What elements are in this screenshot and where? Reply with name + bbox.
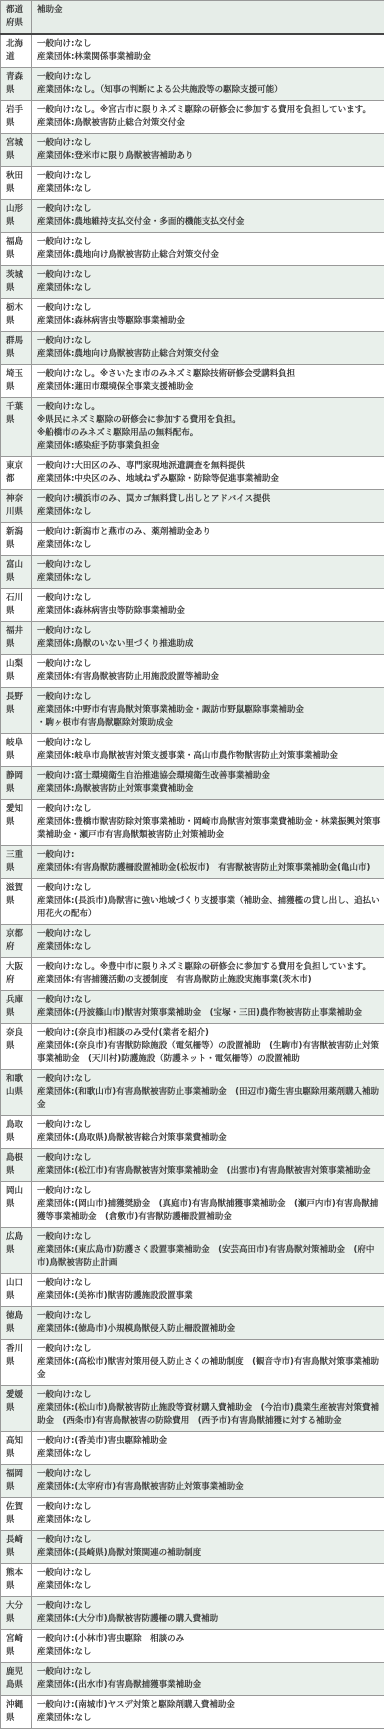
table-row: 岐阜県一般向け:なし産業団体:岐阜市鳥獣被害対策支援事業・高山市農作物獣害防止対… — [1, 734, 384, 767]
prefecture-cell: 静岡県 — [1, 767, 32, 800]
subsidy-cell: 一般向け:なし産業団体:有害鳥獣被害防止用施設設置等補助金 — [32, 655, 384, 688]
subsidy-line: 一般向け:なし — [37, 170, 381, 183]
subsidy-line: 産業団体:岐阜市鳥獣被害対策支援事業・高山市農作物獣害防止対策事業補助金 — [37, 750, 381, 763]
subsidy-line: 産業団体:農地向け鳥獣被害防止総合対策交付金 — [37, 348, 381, 361]
subsidy-cell: 一般向け:なし産業団体:(徳島市)小規模鳥獣侵入防止柵設置補助金 — [32, 1307, 384, 1340]
subsidy-line: 一般向け:なし — [37, 203, 381, 216]
subsidy-line: 一般向け:なし — [37, 1567, 381, 1580]
prefecture-cell: 栃木県 — [1, 299, 32, 332]
table-row: 山梨県一般向け:なし産業団体:有害鳥獣被害防止用施設設置等補助金 — [1, 655, 384, 688]
table-row: 大分県一般向け:なし産業団体:(大分市)鳥獣被害防護柵の購入費補助 — [1, 1597, 384, 1630]
table-row: 広島県一般向け:なし産業団体:(東広島市)防護さく設置事業補助金 (安芸高田市)… — [1, 1228, 384, 1274]
subsidy-cell: 一般向け:なし産業団体:(和歌山市)有害鳥獣被害防止事業補助金 (田辺市)衛生害… — [32, 1070, 384, 1116]
table-row: 石川県一般向け:なし産業団体:森林病害虫等防除事業補助金 — [1, 589, 384, 622]
table-row: 鹿児島県一般向け:なし産業団体:(出水市)有害鳥獣捕獲事業補助金 — [1, 1663, 384, 1696]
subsidy-line: 一般向け:なし — [37, 1073, 381, 1086]
subsidy-line: 産業団体:鳥獣被害防止対策事業費補助金 — [37, 783, 381, 796]
table-row: 青森県一般向け:なし産業団体:なし。（知事の判断による公共施設等の駆除支援可能） — [1, 68, 384, 101]
prefecture-cell: 長野県 — [1, 688, 32, 734]
subsidy-line: 産業団体:林業関係事業補助金 — [37, 51, 381, 64]
table-row: 長崎県一般向け:なし産業団体:(長崎県)鳥獣対策関連の補助制度 — [1, 1531, 384, 1564]
subsidy-cell: 一般向け:なし産業団体:(長浜市)鳥獣害に強い地域づくり支援事業（補助金、捕獲檻… — [32, 879, 384, 925]
subsidy-line: 一般向け:なし — [37, 1310, 381, 1323]
table-row: 三重県一般向け:産業団体:有害鳥獣防護柵設置補助金(松坂市) 有害獣被害防止対策… — [1, 846, 384, 879]
subsidy-line: 産業団体:豊橋市獣害防除対策事業補助・岡崎市鳥獣害対策事業費補助金・林業振興対策… — [37, 816, 381, 842]
subsidy-line: 産業団体:なし — [37, 539, 381, 552]
subsidy-line: 産業団体:(奈良市)有害獣防除施設（電気柵等）の設置補助 (生駒市)有害獣被害防… — [37, 1040, 381, 1066]
subsidy-line: 産業団体:(丹波篠山市)獣害対策事業補助金 (宝塚・三田)農作物被害防止事業補助… — [37, 1007, 381, 1020]
subsidy-line: 一般向け:なし — [37, 882, 381, 895]
subsidy-cell: 一般向け:なし産業団体:森林病害虫等防除事業補助金 — [32, 589, 384, 622]
subsidy-line: 産業団体:なし — [37, 506, 381, 519]
prefecture-cell: 山形県 — [1, 200, 32, 233]
subsidy-cell: 一般向け:なし産業団体:鳥獣のいない里づくり推進助成 — [32, 622, 384, 655]
table-row: 和歌山県一般向け:なし産業団体:(和歌山市)有害鳥獣被害防止事業補助金 (田辺市… — [1, 1070, 384, 1116]
subsidy-cell: 一般向け:なし産業団体:なし — [32, 167, 384, 200]
subsidy-cell: 一般向け:なし産業団体:なし — [32, 556, 384, 589]
prefecture-cell: 愛知県 — [1, 800, 32, 846]
subsidy-line: 産業団体:有害鳥獣防護柵設置補助金(松坂市) 有害獣被害防止対策事業補助金(亀山… — [37, 862, 381, 875]
subsidy-cell: 一般向け:なし産業団体:林業関係事業補助金 — [32, 34, 384, 68]
prefecture-cell: 大分県 — [1, 1597, 32, 1630]
subsidy-line: 一般向け:なし — [37, 658, 381, 671]
subsidy-line: 産業団体:登米市に限り鳥獣被害補助あり — [37, 150, 381, 163]
subsidy-cell: 一般向け:横浜市のみ、罠カゴ無料貸し出しとアドバイス提供産業団体:なし — [32, 490, 384, 523]
subsidy-line: 産業団体:中野市有害鳥獣対策事業補助金・諏訪市野鼠駆除事業補助金 — [37, 704, 381, 717]
prefecture-cell: 埼玉県 — [1, 365, 32, 398]
table-row: 福岡県一般向け:なし産業団体:(太宰府市)有害鳥獣被害防止対策事業補助金 — [1, 1465, 384, 1498]
subsidy-line: 一般向け:なし — [37, 928, 381, 941]
table-row: 鳥取県一般向け:なし産業団体:(鳥取県)鳥獣被害総合対策事業費補助金 — [1, 1116, 384, 1149]
subsidy-cell: 一般向け:なし産業団体:登米市に限り鳥獣被害補助あり — [32, 134, 384, 167]
prefecture-cell: 神奈川県 — [1, 490, 32, 523]
subsidy-line: ・駒ヶ根市有害鳥獣駆除対策助成金 — [37, 717, 381, 730]
subsidy-cell: 一般向け:なし産業団体:なし — [32, 1498, 384, 1531]
subsidy-cell: 一般向け:なし産業団体:(松山市)鳥獣被害防止施設等資材購入費補助金 (今治市)… — [32, 1386, 384, 1432]
subsidy-line: 一般向け:なし — [37, 1389, 381, 1402]
prefecture-cell: 岡山県 — [1, 1182, 32, 1228]
subsidy-cell: 一般向け:なし産業団体:農地維持支払交付金・多面的機能支払交付金 — [32, 200, 384, 233]
table-row: 愛知県一般向け:なし産業団体:豊橋市獣害防除対策事業補助・岡崎市鳥獣害対策事業費… — [1, 800, 384, 846]
prefecture-cell: 沖縄県 — [1, 1696, 32, 1729]
subsidy-line: 一般向け:(小林市)害虫駆除 相談のみ — [37, 1633, 381, 1646]
subsidy-line: 一般向け:(香美市)害虫駆除補助金 — [37, 1435, 381, 1448]
prefecture-cell: 青森県 — [1, 68, 32, 101]
prefecture-cell: 京都府 — [1, 925, 32, 958]
subsidy-cell: 一般向け:なし産業団体:(丹波篠山市)獣害対策事業補助金 (宝塚・三田)農作物被… — [32, 991, 384, 1024]
subsidy-line: 産業団体:有害鳥獣被害防止用施設設置等補助金 — [37, 671, 381, 684]
subsidy-cell: 一般向け:なし。※宮古市に限りネズミ駆除の研修会に参加する費用を負担しています。… — [32, 101, 384, 134]
subsidy-line: 一般向け:なし — [37, 1501, 381, 1514]
subsidy-cell: 一般向け:なし産業団体:(東広島市)防護さく設置事業補助金 (安芸高田市)有害鳥… — [32, 1228, 384, 1274]
subsidy-line: 産業団体:農地維持支払交付金・多面的機能支払交付金 — [37, 216, 381, 229]
subsidy-line: 一般向け:なし — [37, 559, 381, 572]
table-body: 北海道一般向け:なし産業団体:林業関係事業補助金青森県一般向け:なし産業団体:な… — [1, 34, 384, 1729]
subsidy-line: 産業団体:なし — [37, 1448, 381, 1461]
table-row: 千葉県一般向け:なし。※県民にネズミ駆除の研修会に参加する費用を負担。※船橋市の… — [1, 398, 384, 457]
header-subsidy: 補助金 — [32, 1, 384, 35]
subsidy-cell: 一般向け:なし産業団体:(松江市)有害鳥獣被害対策事業補助金 (出雲市)有害鳥獣… — [32, 1149, 384, 1182]
prefecture-cell: 新潟県 — [1, 523, 32, 556]
subsidy-cell: 一般向け:(香美市)害虫駆除補助金産業団体:なし — [32, 1432, 384, 1465]
subsidy-line: 産業団体:なし — [37, 1712, 381, 1725]
table-row: 愛媛県一般向け:なし産業団体:(松山市)鳥獣被害防止施設等資材購入費補助金 (今… — [1, 1386, 384, 1432]
subsidy-cell: 一般向け:なし産業団体:なし。（知事の判断による公共施設等の駆除支援可能） — [32, 68, 384, 101]
subsidy-cell: 一般向け:なし産業団体:(出水市)有害鳥獣捕獲事業補助金 — [32, 1663, 384, 1696]
table-row: 長野県一般向け:なし産業団体:中野市有害鳥獣対策事業補助金・諏訪市野鼠駆除事業補… — [1, 688, 384, 734]
table-row: 埼玉県一般向け:なし。※さいたま市のみネズミ駆除技術研修会受講料負担産業団体:蓮… — [1, 365, 384, 398]
subsidy-cell: 一般向け:なし。※豊中市に限りネズミ駆除の研修会に参加する費用を負担しています。… — [32, 958, 384, 991]
subsidy-cell: 一般向け:なし産業団体:農地向け鳥獣被害防止総合対策交付金 — [32, 332, 384, 365]
subsidy-cell: 一般向け:なし産業団体:(高松市)獣害対策用侵入防止さくの補助制度 (観音寺市)… — [32, 1340, 384, 1386]
prefecture-cell: 兵庫県 — [1, 991, 32, 1024]
subsidy-cell: 一般向け:なし産業団体:なし — [32, 1564, 384, 1597]
subsidy-line: 産業団体:なし — [37, 941, 381, 954]
subsidy-line: 産業団体:(太宰府市)有害鳥獣被害防止対策事業補助金 — [37, 1481, 381, 1494]
subsidy-cell: 一般向け:なし産業団体:岐阜市鳥獣被害対策支援事業・高山市農作物獣害防止対策事業… — [32, 734, 384, 767]
subsidy-cell: 一般向け:なし産業団体:(岡山市)捕獲奨励金 (真庭市)有害鳥獣捕獲事業補助金 … — [32, 1182, 384, 1228]
prefecture-cell: 茨城県 — [1, 266, 32, 299]
prefecture-cell: 東京都 — [1, 457, 32, 490]
subsidy-line: 産業団体:(高松市)獣害対策用侵入防止さくの補助制度 (観音寺市)有害鳥獣対策事… — [37, 1356, 381, 1382]
subsidy-line: ※県民にネズミ駆除の研修会に参加する費用を負担。 — [37, 414, 381, 427]
subsidy-line: 産業団体:(東広島市)防護さく設置事業補助金 (安芸高田市)有害鳥獣対策補助金 … — [37, 1244, 381, 1270]
subsidy-line: 産業団体:蓮田市環境保全事業支援補助金 — [37, 381, 381, 394]
subsidy-line: 一般向け:なし — [37, 1343, 381, 1356]
subsidy-line: 産業団体:(長崎県)鳥獣対策関連の補助制度 — [37, 1547, 381, 1560]
subsidy-line: 産業団体:(大分市)鳥獣被害防護柵の購入費補助 — [37, 1613, 381, 1626]
prefecture-cell: 滋賀県 — [1, 879, 32, 925]
prefecture-cell: 福岡県 — [1, 1465, 32, 1498]
subsidy-line: 一般向け:なし — [37, 1152, 381, 1165]
prefecture-cell: 和歌山県 — [1, 1070, 32, 1116]
prefecture-cell: 福島県 — [1, 233, 32, 266]
table-row: 島根県一般向け:なし産業団体:(松江市)有害鳥獣被害対策事業補助金 (出雲市)有… — [1, 1149, 384, 1182]
table-row: 宮城県一般向け:なし産業団体:登米市に限り鳥獣被害補助あり — [1, 134, 384, 167]
subsidy-line: 産業団体:森林病害虫等駆除事業補助金 — [37, 315, 381, 328]
prefecture-cell: 大阪府 — [1, 958, 32, 991]
table-row: 高知県一般向け:(香美市)害虫駆除補助金産業団体:なし — [1, 1432, 384, 1465]
subsidy-line: 一般向け:なし — [37, 592, 381, 605]
table-row: 富山県一般向け:なし産業団体:なし — [1, 556, 384, 589]
subsidy-line: 産業団体:(鳥取県)鳥獣被害総合対策事業費補助金 — [37, 1132, 381, 1145]
table-row: 福島県一般向け:なし産業団体:農地向け鳥獣被害防止総合対策交付金 — [1, 233, 384, 266]
table-row: 熊本県一般向け:なし産業団体:なし — [1, 1564, 384, 1597]
subsidy-line: 産業団体:(松山市)鳥獣被害防止施設等資材購入費補助金 (今治市)農業生産被害対… — [37, 1402, 381, 1428]
subsidy-cell: 一般向け:なし産業団体:(長崎県)鳥獣対策関連の補助制度 — [32, 1531, 384, 1564]
prefecture-cell: 群馬県 — [1, 332, 32, 365]
subsidy-cell: 一般向け:(奈良市)相談のみ受付(業者を紹介)産業団体:(奈良市)有害獣防除施設… — [32, 1024, 384, 1070]
subsidy-line: 一般向け:なし。※宮古市に限りネズミ駆除の研修会に参加する費用を負担しています。 — [37, 104, 381, 117]
table-row: 群馬県一般向け:なし産業団体:農地向け鳥獣被害防止総合対策交付金 — [1, 332, 384, 365]
subsidy-line: 産業団体:中央区のみ、地域ねずみ駆除・防除等促進事業補助金 — [37, 473, 381, 486]
subsidy-line: 産業団体:なし — [37, 183, 381, 196]
prefecture-cell: 佐賀県 — [1, 1498, 32, 1531]
subsidy-cell: 一般向け:なし産業団体:(太宰府市)有害鳥獣被害防止対策事業補助金 — [32, 1465, 384, 1498]
subsidy-line: 一般向け:なし — [37, 994, 381, 1007]
prefecture-cell: 奈良県 — [1, 1024, 32, 1070]
subsidy-line: 一般向け:なし — [37, 737, 381, 750]
subsidy-cell: 一般向け:なし産業団体:なし — [32, 925, 384, 958]
table-row: 奈良県一般向け:(奈良市)相談のみ受付(業者を紹介)産業団体:(奈良市)有害獣防… — [1, 1024, 384, 1070]
table-row: 栃木県一般向け:なし産業団体:森林病害虫等駆除事業補助金 — [1, 299, 384, 332]
subsidy-line: 一般向け:なし — [37, 625, 381, 638]
subsidy-line: 一般向け:なし — [37, 335, 381, 348]
table-row: 岩手県一般向け:なし。※宮古市に限りネズミ駆除の研修会に参加する費用を負担してい… — [1, 101, 384, 134]
subsidy-cell: 一般向け:新潟市と燕市のみ、薬剤補助金あり産業団体:なし — [32, 523, 384, 556]
subsidy-cell: 一般向け:なし産業団体:豊橋市獣害防除対策事業補助・岡崎市鳥獣害対策事業費補助金… — [32, 800, 384, 846]
table-row: 山形県一般向け:なし産業団体:農地維持支払交付金・多面的機能支払交付金 — [1, 200, 384, 233]
subsidy-line: 一般向け:なし — [37, 236, 381, 249]
subsidy-cell: 一般向け:なし産業団体:森林病害虫等駆除事業補助金 — [32, 299, 384, 332]
subsidy-line: 一般向け:(南城市)ヤスデ対策と駆除剤購入費補助金 — [37, 1699, 381, 1712]
prefecture-cell: 徳島県 — [1, 1307, 32, 1340]
prefecture-cell: 高知県 — [1, 1432, 32, 1465]
subsidy-line: 一般向け:なし — [37, 1600, 381, 1613]
subsidy-cell: 一般向け:なし。※さいたま市のみネズミ駆除技術研修会受講料負担産業団体:蓮田市環… — [32, 365, 384, 398]
subsidy-line: 産業団体:なし — [37, 282, 381, 295]
prefecture-cell: 鳥取県 — [1, 1116, 32, 1149]
table-row: 岡山県一般向け:なし産業団体:(岡山市)捕獲奨励金 (真庭市)有害鳥獣捕獲事業補… — [1, 1182, 384, 1228]
subsidy-line: 産業団体:鳥獣のいない里づくり推進助成 — [37, 638, 381, 651]
subsidy-line: 一般向け:なし — [37, 1231, 381, 1244]
subsidy-line: 一般向け:なし — [37, 137, 381, 150]
table-row: 秋田県一般向け:なし産業団体:なし — [1, 167, 384, 200]
subsidy-line: 産業団体:なし — [37, 1514, 381, 1527]
table-row: 北海道一般向け:なし産業団体:林業関係事業補助金 — [1, 34, 384, 68]
table-row: 新潟県一般向け:新潟市と燕市のみ、薬剤補助金あり産業団体:なし — [1, 523, 384, 556]
header-prefecture: 都道府県 — [1, 1, 32, 35]
prefecture-cell: 広島県 — [1, 1228, 32, 1274]
subsidy-cell: 一般向け:大田区のみ、専門家現地派遣調査を無料提供産業団体:中央区のみ、地域ねず… — [32, 457, 384, 490]
table-row: 滋賀県一般向け:なし産業団体:(長浜市)鳥獣害に強い地域づくり支援事業（補助金、… — [1, 879, 384, 925]
subsidy-line: 一般向け:なし — [37, 1534, 381, 1547]
prefecture-cell: 熊本県 — [1, 1564, 32, 1597]
prefecture-cell: 香川県 — [1, 1340, 32, 1386]
prefecture-cell: 北海道 — [1, 34, 32, 68]
subsidy-cell: 一般向け:なし産業団体:(美祢市)獣害防護施設設置事業 — [32, 1274, 384, 1307]
prefecture-cell: 富山県 — [1, 556, 32, 589]
prefecture-cell: 島根県 — [1, 1149, 32, 1182]
subsidy-cell: 一般向け:産業団体:有害鳥獣防護柵設置補助金(松坂市) 有害獣被害防止対策事業補… — [32, 846, 384, 879]
header-row: 都道府県 補助金 — [1, 1, 384, 35]
prefecture-cell: 千葉県 — [1, 398, 32, 457]
subsidy-line: 産業団体:(松江市)有害鳥獣被害対策事業補助金 (出雲市)有害鳥獣被害対策事業補… — [37, 1165, 381, 1178]
table-row: 神奈川県一般向け:横浜市のみ、罠カゴ無料貸し出しとアドバイス提供産業団体:なし — [1, 490, 384, 523]
subsidy-line: 一般向け:なし — [37, 38, 381, 51]
subsidy-line: 一般向け:大田区のみ、専門家現地派遣調査を無料提供 — [37, 460, 381, 473]
subsidy-line: 産業団体:なし — [37, 572, 381, 585]
subsidy-line: 産業団体:(徳島市)小規模鳥獣侵入防止柵設置補助金 — [37, 1323, 381, 1336]
subsidy-line: 一般向け:なし — [37, 269, 381, 282]
table-row: 大阪府一般向け:なし。※豊中市に限りネズミ駆除の研修会に参加する費用を負担してい… — [1, 958, 384, 991]
subsidy-line: 一般向け:新潟市と燕市のみ、薬剤補助金あり — [37, 526, 381, 539]
table-row: 兵庫県一般向け:なし産業団体:(丹波篠山市)獣害対策事業補助金 (宝塚・三田)農… — [1, 991, 384, 1024]
subsidy-cell: 一般向け:(小林市)害虫駆除 相談のみ産業団体:なし — [32, 1630, 384, 1663]
prefecture-cell: 三重県 — [1, 846, 32, 879]
prefecture-cell: 山口県 — [1, 1274, 32, 1307]
subsidy-line: 産業団体:なし。（知事の判断による公共施設等の駆除支援可能） — [37, 84, 381, 97]
subsidy-table: 都道府県 補助金 北海道一般向け:なし産業団体:林業関係事業補助金青森県一般向け… — [0, 0, 384, 1729]
subsidy-line: 産業団体:鳥獣被害防止総合対策交付金 — [37, 117, 381, 130]
subsidy-line: 一般向け:なし — [37, 1119, 381, 1132]
subsidy-line: 産業団体:なし — [37, 1646, 381, 1659]
subsidy-cell: 一般向け:なし産業団体:なし — [32, 266, 384, 299]
prefecture-cell: 秋田県 — [1, 167, 32, 200]
table-row: 沖縄県一般向け:(南城市)ヤスデ対策と駆除剤購入費補助金産業団体:なし — [1, 1696, 384, 1729]
prefecture-cell: 長崎県 — [1, 1531, 32, 1564]
subsidy-line: 一般向け:なし — [37, 803, 381, 816]
subsidy-cell: 一般向け:なし産業団体:農地向け鳥獣被害防止総合対策交付金 — [32, 233, 384, 266]
subsidy-line: 一般向け:なし — [37, 1666, 381, 1679]
table-row: 福井県一般向け:なし産業団体:鳥獣のいない里づくり推進助成 — [1, 622, 384, 655]
subsidy-line: 一般向け:なし — [37, 1185, 381, 1198]
subsidy-line: 産業団体:(美祢市)獣害防護施設設置事業 — [37, 1290, 381, 1303]
subsidy-line: 産業団体:(出水市)有害鳥獣捕獲事業補助金 — [37, 1679, 381, 1692]
prefecture-cell: 鹿児島県 — [1, 1663, 32, 1696]
table-row: 山口県一般向け:なし産業団体:(美祢市)獣害防護施設設置事業 — [1, 1274, 384, 1307]
subsidy-line: 産業団体:なし — [37, 1580, 381, 1593]
subsidy-line: 産業団体:(和歌山市)有害鳥獣被害防止事業補助金 (田辺市)衛生害虫駆除用薬剤購… — [37, 1086, 381, 1112]
subsidy-line: ※船橋市のみネズミ駆除用品の無料配布。 — [37, 427, 381, 440]
prefecture-cell: 宮崎県 — [1, 1630, 32, 1663]
table-row: 東京都一般向け:大田区のみ、専門家現地派遣調査を無料提供産業団体:中央区のみ、地… — [1, 457, 384, 490]
subsidy-line: 産業団体:農地向け鳥獣被害防止総合対策交付金 — [37, 249, 381, 262]
table-row: 京都府一般向け:なし産業団体:なし — [1, 925, 384, 958]
subsidy-line: 一般向け:なし — [37, 302, 381, 315]
subsidy-line: 一般向け:(奈良市)相談のみ受付(業者を紹介) — [37, 1027, 381, 1040]
subsidy-line: 一般向け: — [37, 849, 381, 862]
subsidy-cell: 一般向け:なし産業団体:中野市有害鳥獣対策事業補助金・諏訪市野鼠駆除事業補助金・… — [32, 688, 384, 734]
prefecture-cell: 愛媛県 — [1, 1386, 32, 1432]
subsidy-line: 一般向け:なし — [37, 71, 381, 84]
subsidy-line: 産業団体:森林病害虫等防除事業補助金 — [37, 605, 381, 618]
subsidy-line: 一般向け:横浜市のみ、罠カゴ無料貸し出しとアドバイス提供 — [37, 493, 381, 506]
subsidy-line: 一般向け:なし — [37, 691, 381, 704]
table-row: 徳島県一般向け:なし産業団体:(徳島市)小規模鳥獣侵入防止柵設置補助金 — [1, 1307, 384, 1340]
prefecture-cell: 山梨県 — [1, 655, 32, 688]
table-row: 静岡県一般向け:富士環境衛生自治推進協会環境衛生改善事業補助金産業団体:鳥獣被害… — [1, 767, 384, 800]
subsidy-line: 一般向け:富士環境衛生自治推進協会環境衛生改善事業補助金 — [37, 770, 381, 783]
prefecture-cell: 宮城県 — [1, 134, 32, 167]
prefecture-cell: 岩手県 — [1, 101, 32, 134]
subsidy-cell: 一般向け:富士環境衛生自治推進協会環境衛生改善事業補助金産業団体:鳥獣被害防止対… — [32, 767, 384, 800]
subsidy-line: 産業団体:有害捕獲活動の支援制度 有害鳥獣防止施設実施事業(茨木市) — [37, 974, 381, 987]
table-row: 佐賀県一般向け:なし産業団体:なし — [1, 1498, 384, 1531]
subsidy-line: 産業団体:感染症予防事業負担金 — [37, 440, 381, 453]
table-row: 宮崎県一般向け:(小林市)害虫駆除 相談のみ産業団体:なし — [1, 1630, 384, 1663]
subsidy-line: 一般向け:なし。※豊中市に限りネズミ駆除の研修会に参加する費用を負担しています。 — [37, 961, 381, 974]
table-header: 都道府県 補助金 — [1, 1, 384, 35]
subsidy-line: 産業団体:(長浜市)鳥獣害に強い地域づくり支援事業（補助金、捕獲檻の貸し出し、追… — [37, 895, 381, 921]
prefecture-cell: 福井県 — [1, 622, 32, 655]
prefecture-cell: 岐阜県 — [1, 734, 32, 767]
subsidy-cell: 一般向け:なし産業団体:(大分市)鳥獣被害防護柵の購入費補助 — [32, 1597, 384, 1630]
subsidy-line: 一般向け:なし。 — [37, 401, 381, 414]
prefecture-cell: 石川県 — [1, 589, 32, 622]
subsidy-cell: 一般向け:(南城市)ヤスデ対策と駆除剤購入費補助金産業団体:なし — [32, 1696, 384, 1729]
subsidy-line: 一般向け:なし — [37, 1468, 381, 1481]
subsidy-cell: 一般向け:なし。※県民にネズミ駆除の研修会に参加する費用を負担。※船橋市のみネズ… — [32, 398, 384, 457]
subsidy-line: 産業団体:(岡山市)捕獲奨励金 (真庭市)有害鳥獣捕獲事業補助金 (瀬戸内市)有… — [37, 1198, 381, 1224]
table-row: 香川県一般向け:なし産業団体:(高松市)獣害対策用侵入防止さくの補助制度 (観音… — [1, 1340, 384, 1386]
subsidy-line: 一般向け:なし。※さいたま市のみネズミ駆除技術研修会受講料負担 — [37, 368, 381, 381]
subsidy-cell: 一般向け:なし産業団体:(鳥取県)鳥獣被害総合対策事業費補助金 — [32, 1116, 384, 1149]
subsidy-line: 一般向け:なし — [37, 1277, 381, 1290]
table-row: 茨城県一般向け:なし産業団体:なし — [1, 266, 384, 299]
